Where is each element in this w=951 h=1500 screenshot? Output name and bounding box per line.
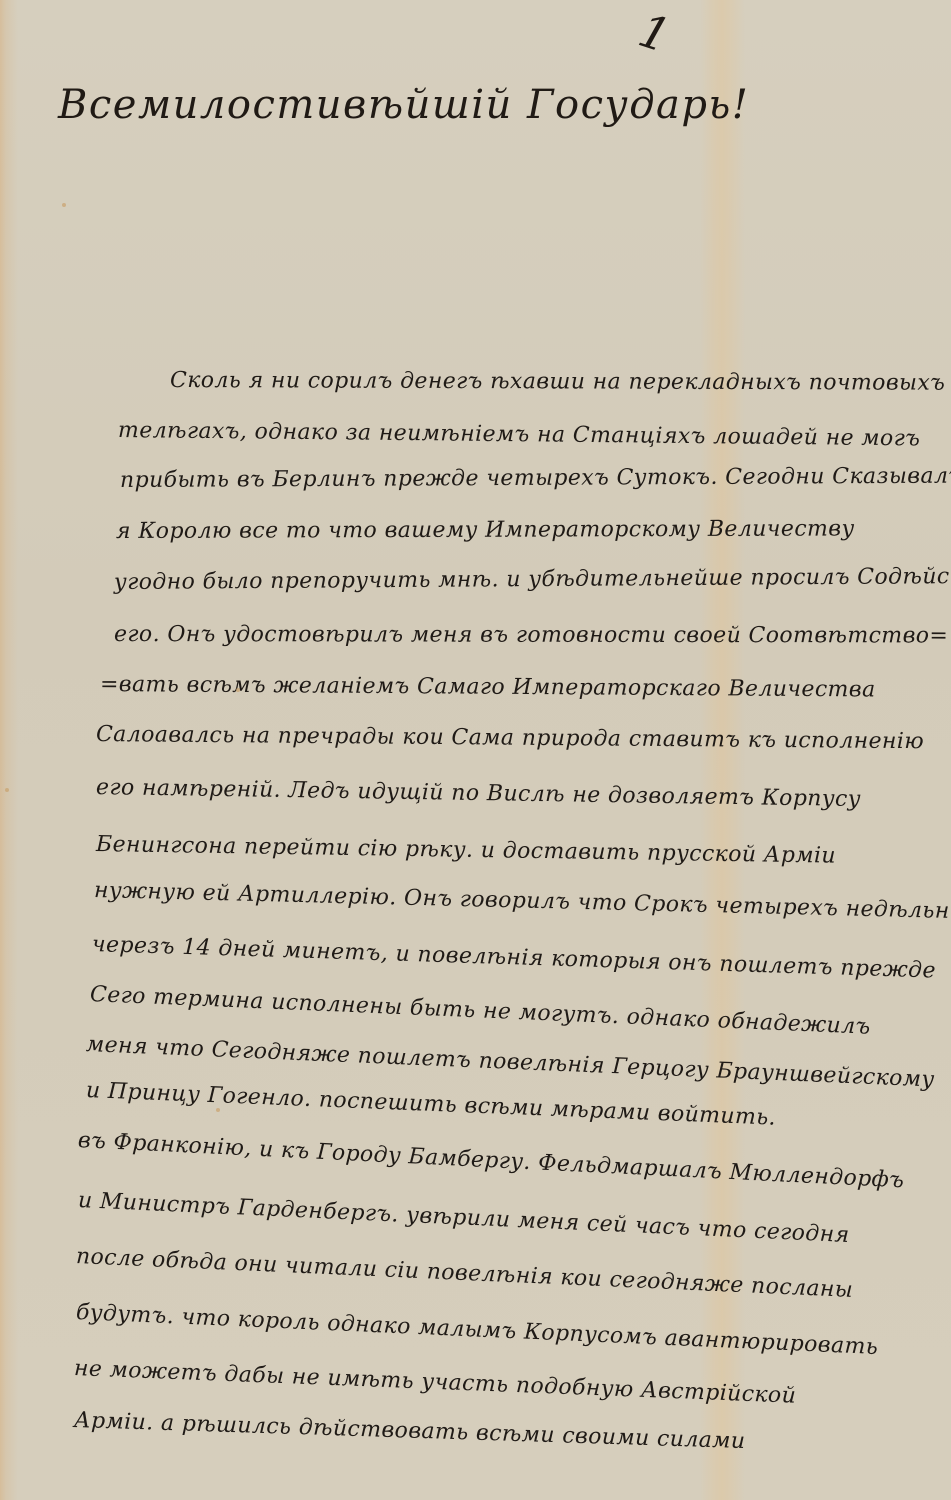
letter-line: прибыть въ Берлинъ прежде четырехъ Суток… — [120, 464, 951, 493]
letter-line: Армiи. а рѣшилсь дѣйствовать всѣми своим… — [74, 1408, 746, 1454]
letter-line: телѣгахъ, однако за неимѣнiемъ на Станцi… — [118, 418, 920, 451]
letter-line: его. Онъ удостовѣрилъ меня въ готовности… — [114, 622, 948, 648]
letter-line: =вать всѣмъ желанiемъ Самаго Императорск… — [100, 672, 876, 702]
letter-line: нужную ей Артиллерiю. Онъ говорилъ что С… — [94, 878, 951, 925]
letter-page: 1 Всемилостивѣйшiй Государь! Сколь я ни … — [0, 0, 951, 1500]
letter-line: Сего термина исполнены быть не могутъ. о… — [89, 982, 871, 1040]
letter-line: я Королю все то что вашему Императорском… — [116, 516, 855, 544]
letter-line: Салоавалсь на пречрады кои Сама природа … — [96, 722, 924, 754]
letter-line: не можетъ дабы не имѣть участь подобную … — [74, 1356, 797, 1409]
letter-line: угодно было препоручить мнѣ. и убѣдитель… — [114, 564, 951, 595]
paper-foxing-spot — [5, 788, 9, 792]
letter-line: черезъ 14 дней минетъ, и повелѣнiя котор… — [92, 932, 937, 984]
letter-line: и Министръ Гарденбергъ. увѣрили меня сей… — [77, 1188, 850, 1248]
salutation: Всемилостивѣйшiй Государь! — [58, 82, 749, 128]
page-number: 1 — [632, 3, 677, 63]
letter-line: после обѣда они читали сiи повелѣнiя кои… — [75, 1244, 853, 1303]
letter-line: Бенингсона перейти сiю рѣку. и доставить… — [96, 832, 836, 869]
letter-line: и Принцу Гогенло. поспешить всѣми мѣрами… — [85, 1078, 776, 1131]
letter-line: въ Франконiю, и къ Городу Бамбергу. Фель… — [77, 1128, 904, 1193]
paper-foxing-spot — [236, 688, 240, 692]
letter-line: Сколь я ни сорилъ денегъ ѣхавши на перек… — [170, 368, 945, 396]
paper-foxing-spot — [62, 203, 66, 207]
letter-line: будутъ. что король однако малымъ Корпусо… — [75, 1300, 878, 1360]
paper-foxing-spot — [216, 1108, 220, 1112]
letter-line: его намѣренiй. Ледъ идущiй по Вислѣ не д… — [96, 775, 861, 812]
